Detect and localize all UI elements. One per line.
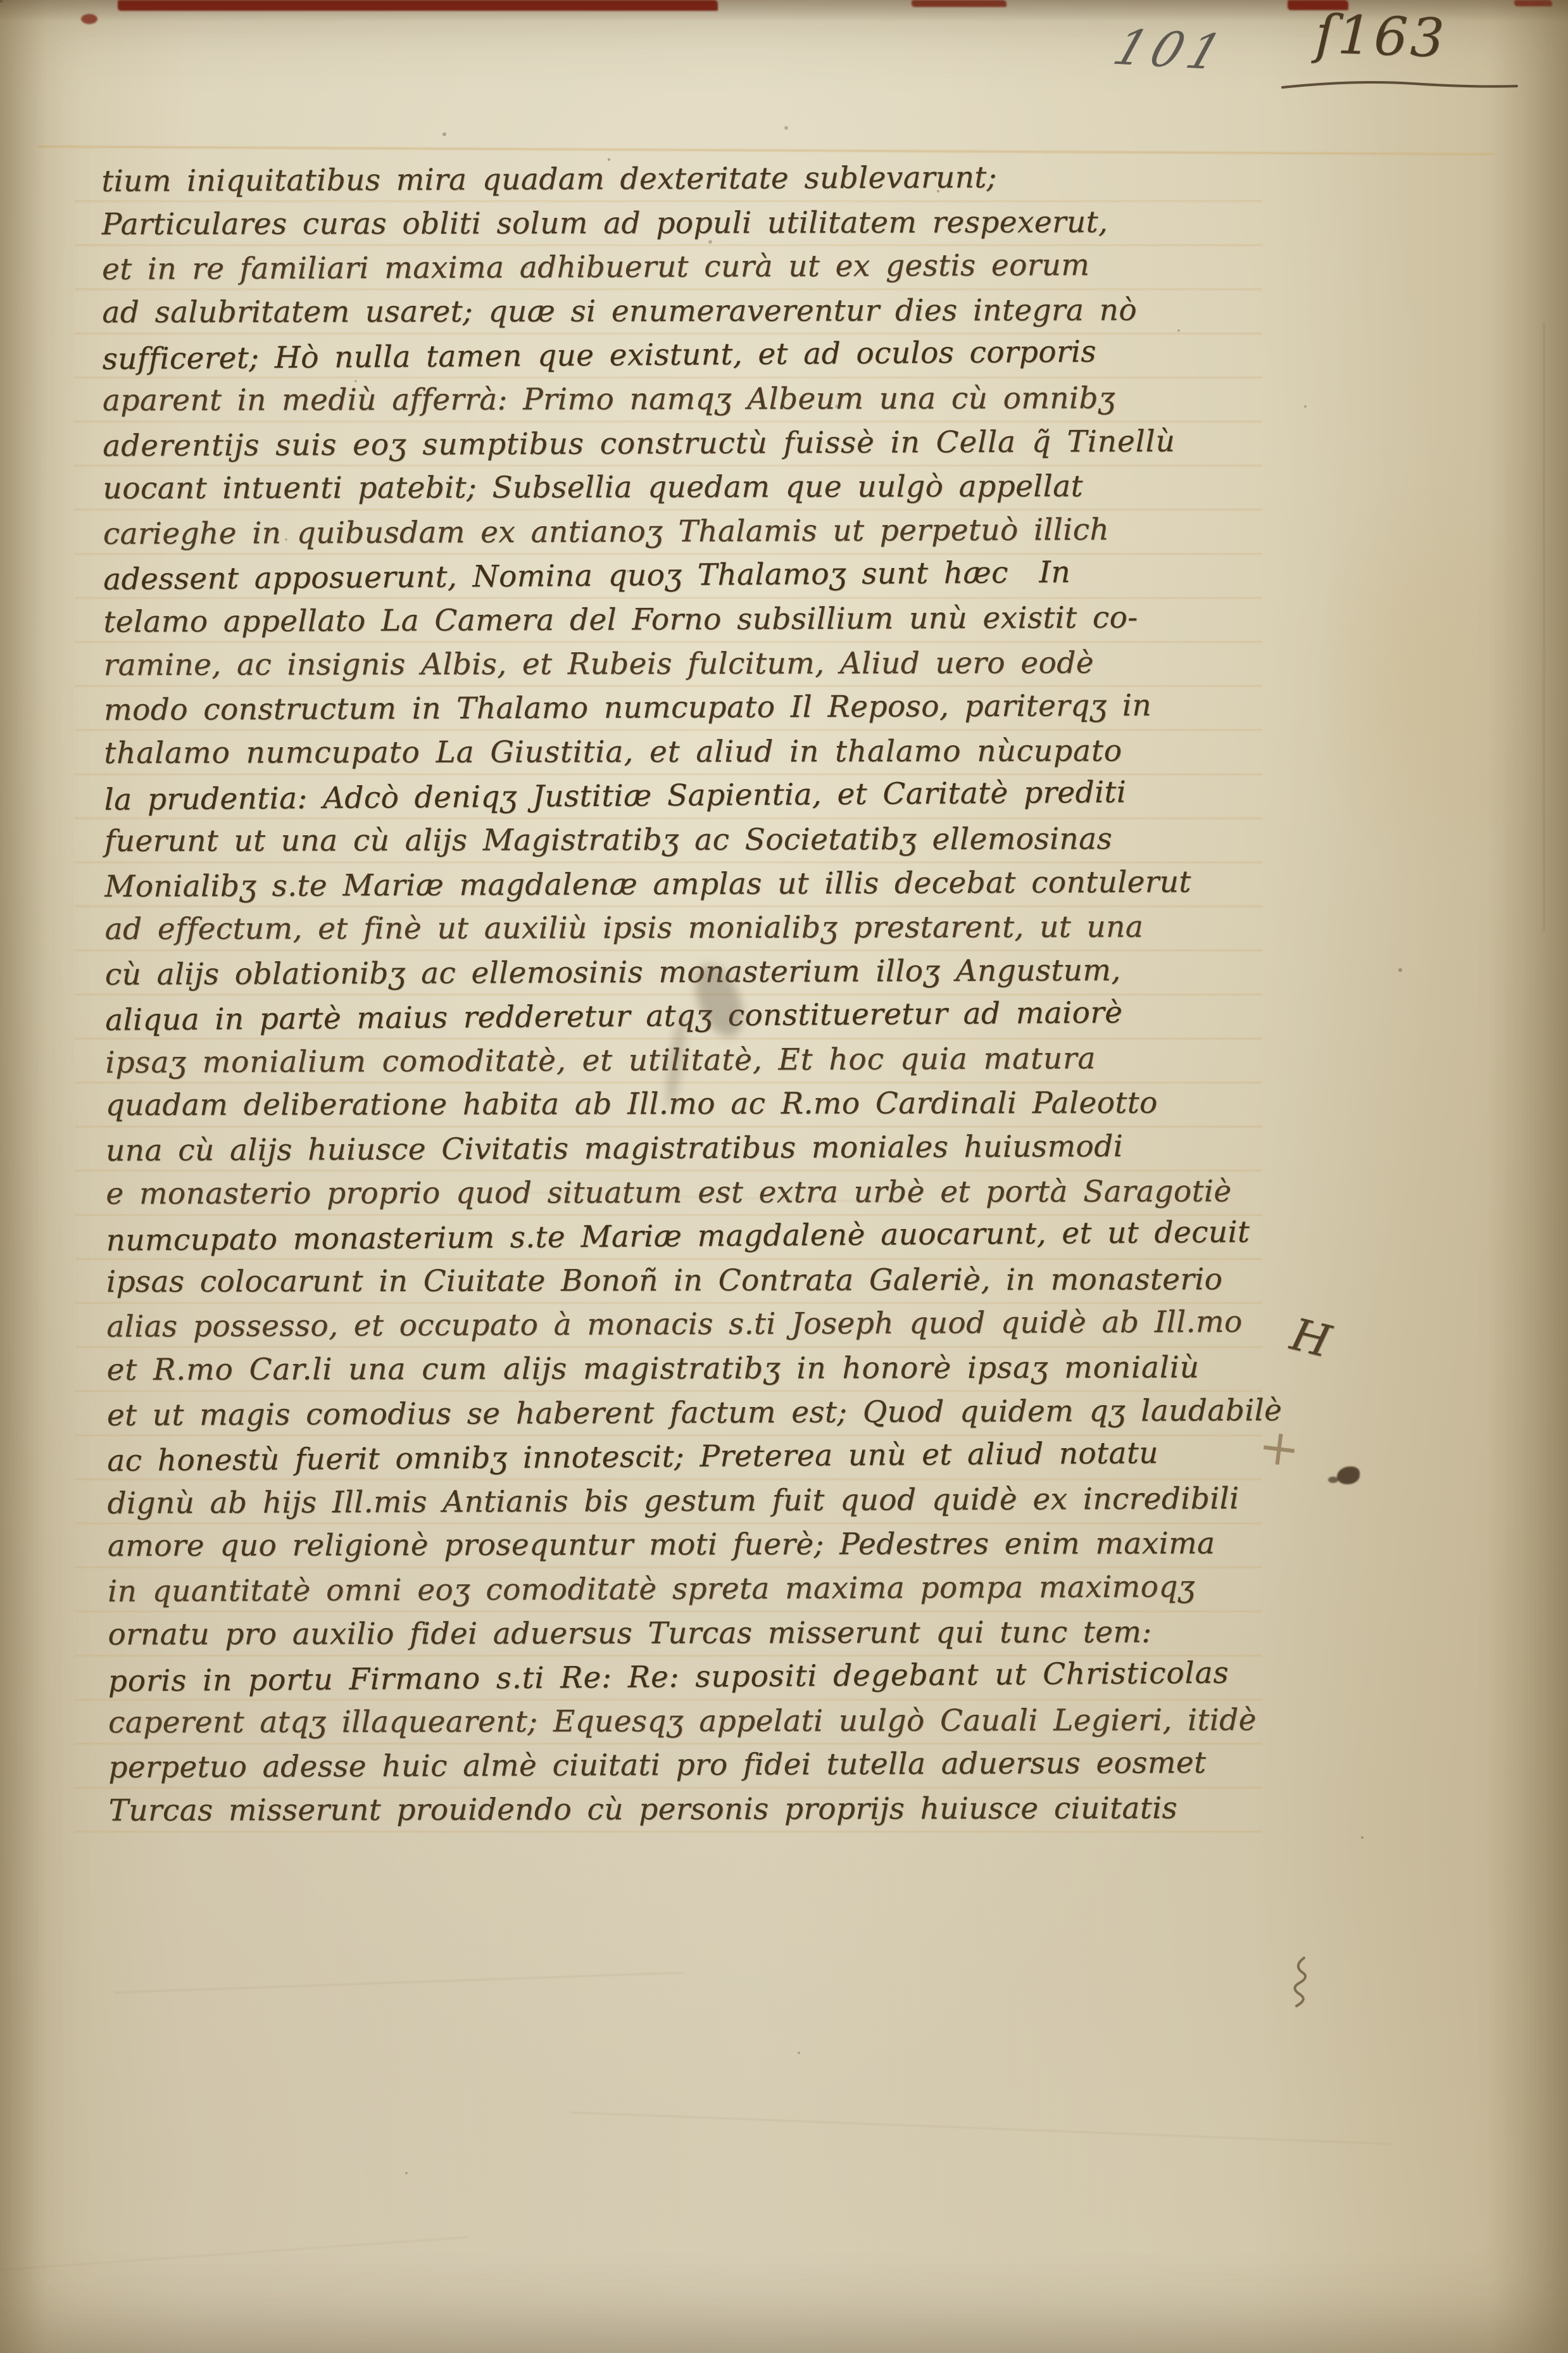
binding-edge-red-daub (912, 0, 1007, 7)
manuscript-line: adessent apposuerunt, Nomina quoʒ Thalam… (103, 550, 1243, 602)
manuscript-line: modo constructum in Thalamo numcupato Il… (104, 683, 1243, 732)
manuscript-line: et ut magis comodius se haberent factum … (107, 1389, 1246, 1437)
manuscript-line: ad salubritatem usaret; quæ si enumerave… (102, 288, 1241, 335)
manuscript-line: e monasterio proprio quod situatum est e… (106, 1170, 1245, 1216)
parchment-stain (1317, 481, 1532, 874)
manuscript-line: telamo appellato La Camera del Forno sub… (103, 595, 1243, 644)
margin-ink-blot (1337, 1467, 1360, 1484)
manuscript-line: et R.mo Car.li una cum alijs magistratib… (107, 1346, 1246, 1392)
manuscript-line: thalamo numcupato La Giustitia, et aliud… (104, 729, 1243, 776)
ink-folio-number: ſ163 (1314, 3, 1448, 69)
manuscript-line: carieghe in quibusdam ex antianoʒ Thalam… (103, 507, 1243, 556)
manuscript-line: dignù ab hijs Ill.mis Antianis bis gestu… (107, 1477, 1246, 1525)
manuscript-line: tium iniquitatibus mira quadam dexterita… (101, 155, 1241, 203)
manuscript-line: aderentijs suis eoʒ sumptibus constructù… (103, 419, 1242, 468)
manuscript-line: in quantitatè omni eoʒ comoditatè spreta… (108, 1565, 1247, 1613)
manuscript-line: sufficeret; Hò nulla tamen que existunt,… (102, 329, 1241, 382)
manuscript-line: ramine, ac insignis Albis, et Rubeis ful… (104, 640, 1243, 687)
manuscript-line: la prudentia: Adcò deniqʒ Justitiæ Sapie… (104, 770, 1243, 823)
parchment-speckles (0, 0, 3, 3)
manuscript-line: Particulares curas obliti solum ad popul… (102, 200, 1241, 247)
manuscript-line: cù alijs oblationibʒ ac ellemosinis mona… (105, 948, 1245, 997)
folio-underline-stroke (1280, 76, 1519, 91)
manuscript-line: ipsas colocarunt in Ciuitate Bonoñ in Co… (106, 1258, 1246, 1304)
manuscript-line: Monialibʒ s.te Mariæ magdalenæ amplas ut… (104, 860, 1244, 909)
manuscript-text-block: tium iniquitatibus mira quadam dexterita… (101, 155, 1248, 1834)
manuscript-line: ornatu pro auxilio fidei aduersus Turcas… (108, 1610, 1247, 1657)
manuscript-line: perpetuo adesse huic almè ciuitati pro f… (108, 1741, 1248, 1789)
bottom-wrinkle (570, 2112, 1392, 2145)
manuscript-line: aparent in mediù afferrà: Primo namqʒ Al… (103, 376, 1242, 423)
manuscript-line: et in re familiari maxima adhibuerut cur… (102, 243, 1241, 291)
horizontal-crease (38, 146, 1494, 155)
manuscript-line: poris in portu Firmano s.ti Re: Re: supo… (108, 1651, 1247, 1703)
manuscript-line: ac honestù fuerit omnibʒ innotescit; Pre… (107, 1430, 1246, 1483)
pencil-folio-number: 101 (1107, 18, 1234, 80)
red-ink-spot (81, 14, 97, 24)
manuscript-line: alias possesso, et occupato à monacis s.… (106, 1301, 1246, 1349)
margin-h-mark: H (1286, 1308, 1336, 1368)
binding-edge-red-daub (118, 0, 718, 11)
manuscript-line: una cù alijs huiusce Civitatis magistrat… (106, 1124, 1245, 1173)
margin-cross-mark: + (1255, 1417, 1303, 1479)
vertical-crease (1543, 323, 1545, 931)
manuscript-line: fuerunt ut una cù alijs Magistratibʒ ac … (104, 817, 1244, 864)
margin-squiggle-mark (1285, 1955, 1314, 2009)
manuscript-line: caperent atqʒ illaquearent; Equesqʒ appe… (108, 1698, 1248, 1745)
manuscript-page: 101 ſ163 tium iniquitatibus mira quadam … (0, 0, 1568, 2353)
bottom-wrinkle (114, 1972, 684, 1993)
bottom-wrinkle (0, 2236, 468, 2273)
manuscript-line: amore quo religionè prosequntur moti fue… (108, 1522, 1247, 1568)
manuscript-line: uocant intuenti patebit; Subsellia queda… (103, 464, 1242, 511)
manuscript-line: Turcas misserunt prouidendo cù personis … (109, 1786, 1248, 1833)
manuscript-line: ad effectum, et finè ut auxiliù ipsis mo… (104, 905, 1244, 952)
binding-edge-red-daub (1514, 0, 1552, 6)
manuscript-line: numcupato monasterium s.te Mariæ magdale… (106, 1210, 1245, 1263)
